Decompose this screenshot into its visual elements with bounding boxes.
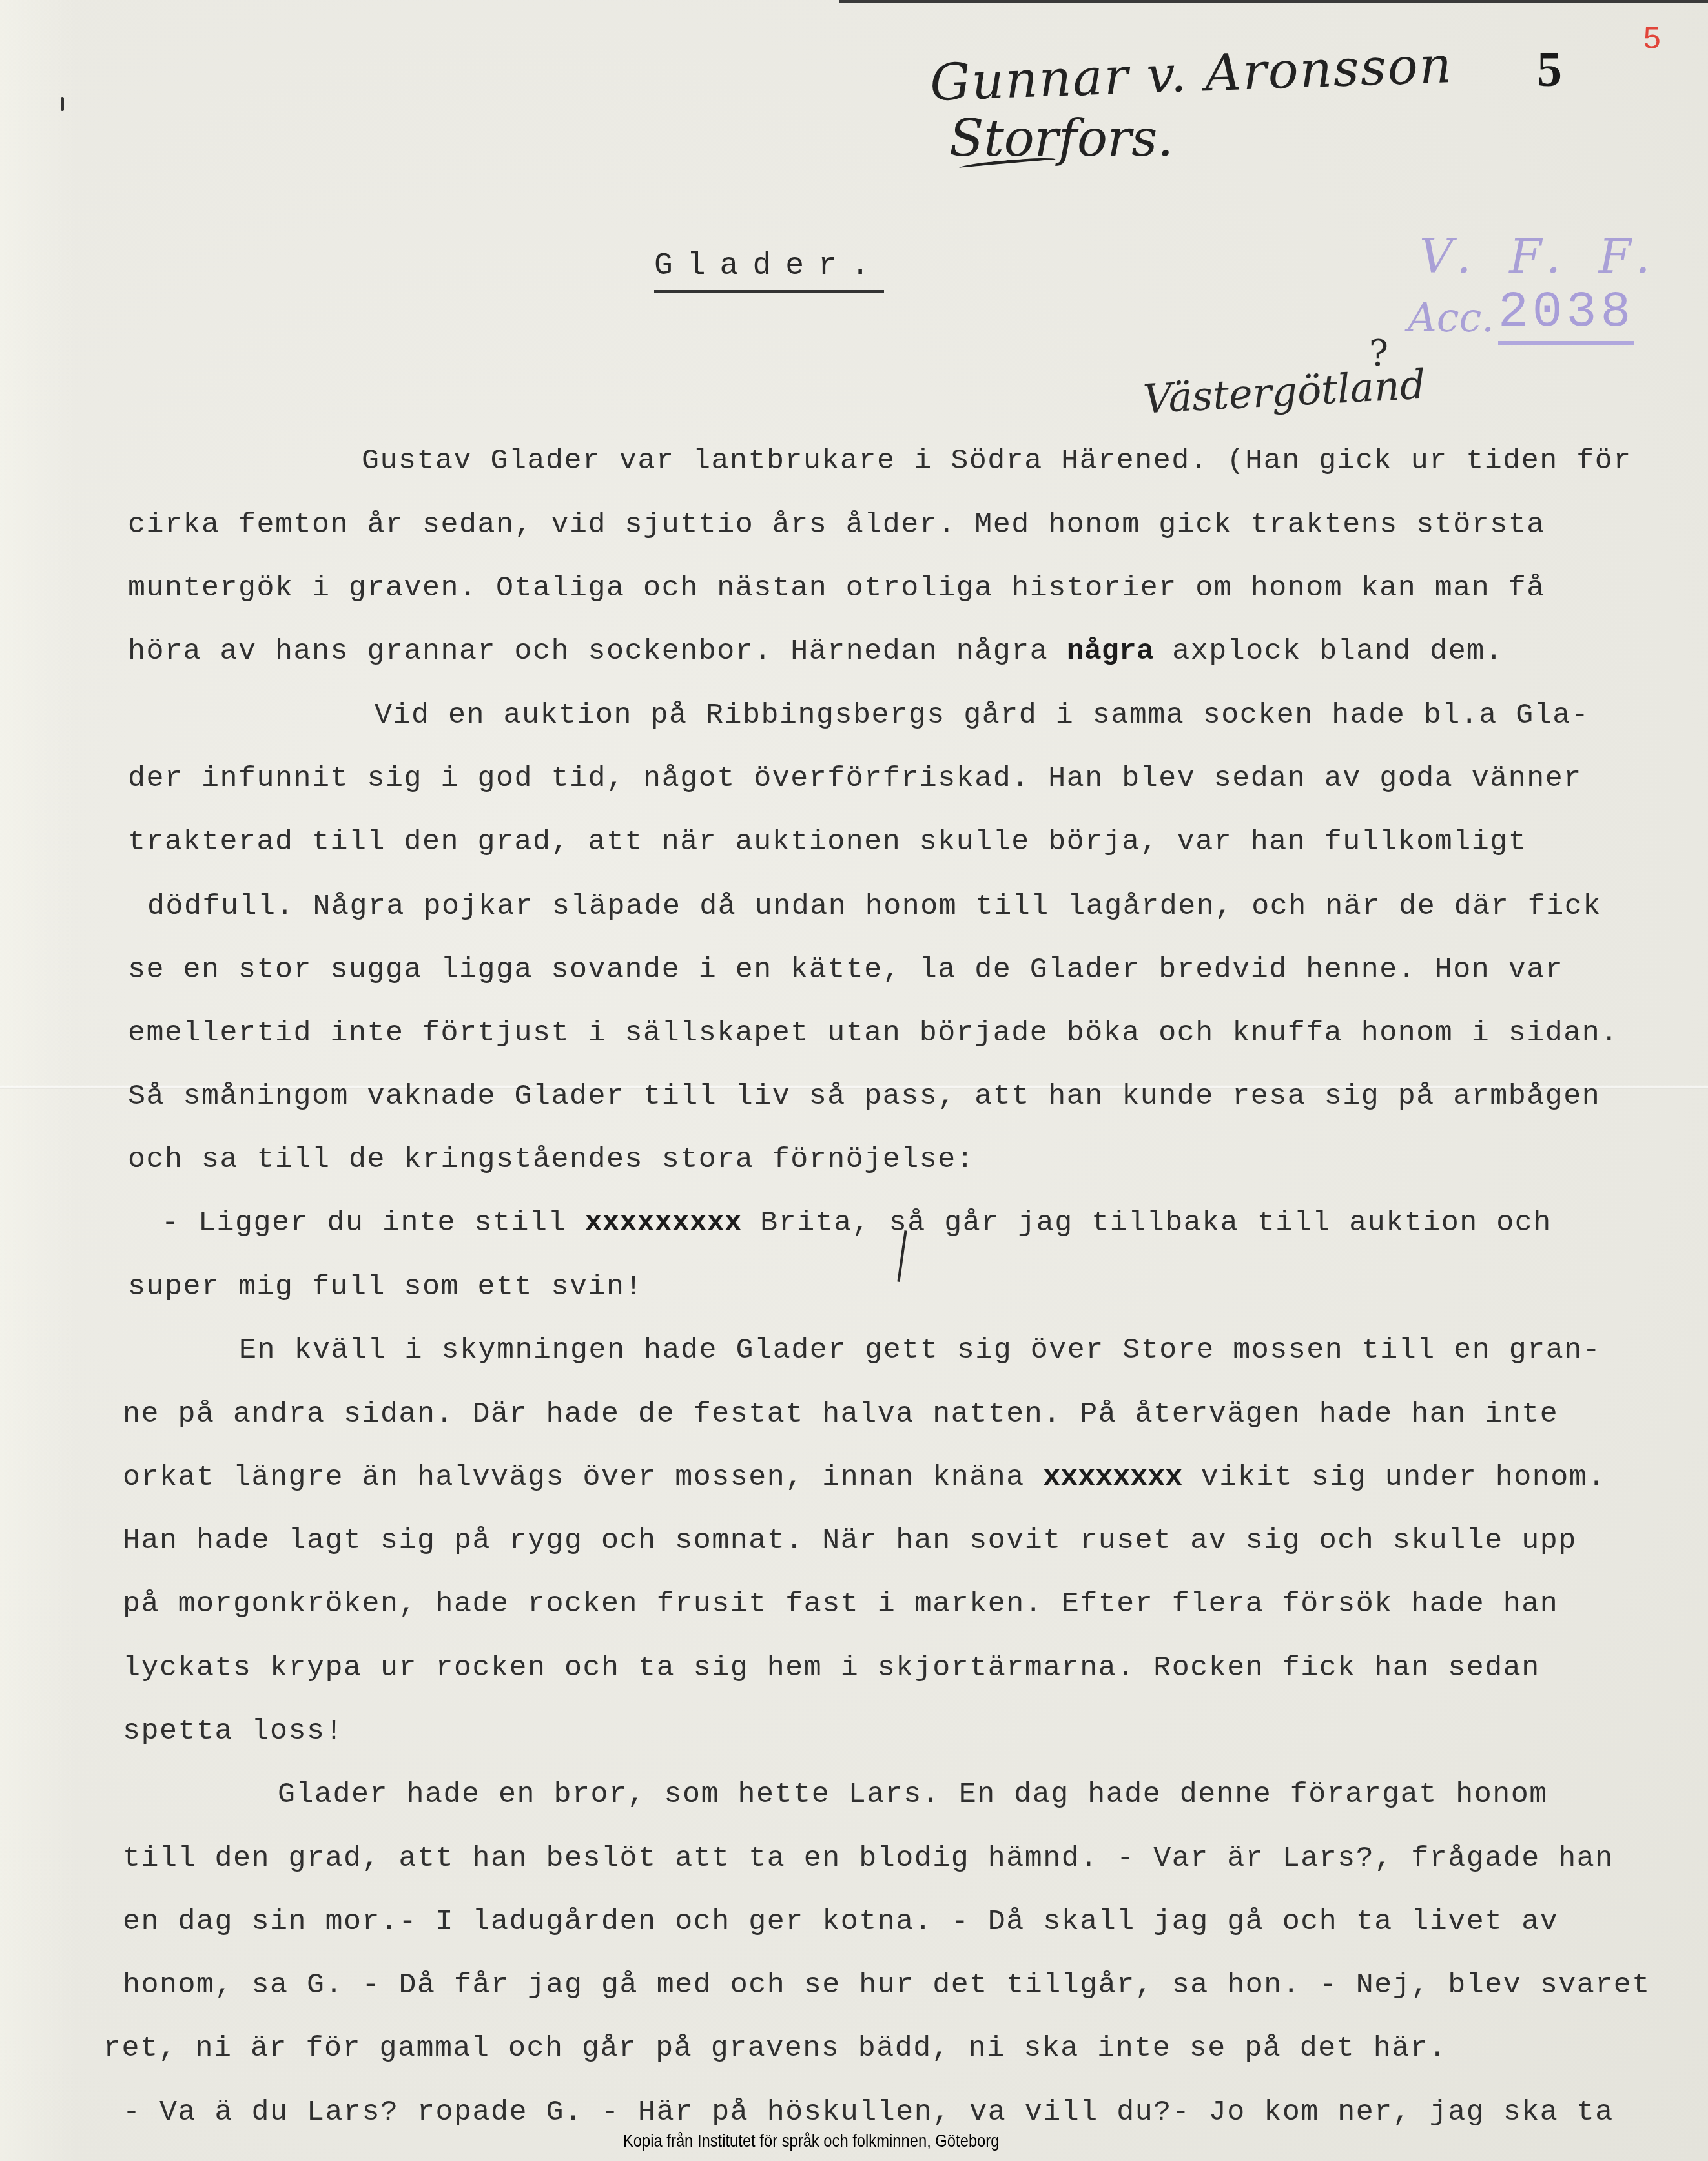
text-segment: höra av hans grannar och sockenbor. Härn… [128, 635, 1067, 668]
text-segment: Glader hade en bror, som hette Lars. En … [278, 1778, 1548, 1811]
archive-copy-caption: Kopia från Institutet för språk och folk… [623, 2131, 999, 2151]
text-line: cirka femton år sedan, vid sjuttio års å… [128, 508, 1545, 541]
text-segment: emellertid inte förtjust i sällskapet ut… [128, 1017, 1619, 1049]
text-line: orkat längre än halvvägs över mossen, in… [123, 1461, 1606, 1494]
text-segment: Vid en auktion på Ribbingsbergs gård i s… [375, 699, 1589, 732]
text-segment: Så småningom vaknade Glader till liv så … [128, 1080, 1600, 1113]
text-line: och sa till de kringståendes stora förnö… [128, 1143, 974, 1176]
text-line: Gustav Glader var lantbrukare i Södra Hä… [362, 444, 1632, 477]
text-line: En kväll i skymningen hade Glader gett s… [239, 1334, 1601, 1367]
struck-out-text: några [1067, 635, 1154, 668]
text-line: spetta loss! [123, 1715, 344, 1748]
archive-stamp-acc-label: Acc. [1408, 294, 1494, 341]
scan-top-edge [839, 0, 1708, 3]
text-line: ret, ni är för gammal och går på gravens… [103, 2032, 1447, 2065]
text-segment: muntergök i graven. Otaliga och nästan o… [128, 572, 1545, 605]
text-line: Så småningom vaknade Glader till liv så … [128, 1080, 1600, 1113]
text-segment: dödfull. Några pojkar släpade då undan h… [147, 890, 1601, 923]
text-segment: lyckats krypa ur rocken och ta sig hem i… [123, 1651, 1540, 1684]
text-segment: trakterad till den grad, att när auktion… [128, 825, 1527, 858]
text-line: der infunnit sig i god tid, något överfö… [128, 762, 1582, 795]
text-line: super mig full som ett svin! [128, 1270, 643, 1303]
archive-stamp-acc-number: 2038 [1498, 284, 1634, 345]
text-segment: se en stor sugga ligga sovande i en kätt… [128, 953, 1563, 986]
text-segment: till den grad, att han beslöt att ta en … [123, 1842, 1614, 1875]
struck-out-text: xxxxxxxxx [585, 1206, 742, 1239]
text-segment: orkat längre än halvvägs över mossen, in… [123, 1461, 1043, 1494]
text-segment: spetta loss! [123, 1715, 344, 1748]
text-line: höra av hans grannar och sockenbor. Härn… [128, 635, 1503, 668]
document-title: Glader. [654, 249, 884, 293]
text-segment: en dag sin mor.- I ladugården och ger ko… [123, 1905, 1558, 1938]
handwritten-place: Storfors. [949, 110, 1173, 168]
text-segment: - Va ä du Lars? ropade G. - Här på hösku… [123, 2096, 1614, 2129]
text-segment: Brita, så går jag tillbaka till auktion … [742, 1206, 1552, 1239]
text-segment: En kväll i skymningen hade Glader gett s… [239, 1334, 1601, 1367]
archive-stamp-vft: V. F. F. [1419, 229, 1662, 284]
text-segment: cirka femton år sedan, vid sjuttio års å… [128, 508, 1545, 541]
text-line: emellertid inte förtjust i sällskapet ut… [128, 1017, 1619, 1049]
text-line: honom, sa G. - Då får jag gå med och se … [123, 1969, 1651, 2001]
page-number: 5 [1537, 40, 1562, 98]
text-line: trakterad till den grad, att när auktion… [128, 825, 1527, 858]
text-segment: Gustav Glader var lantbrukare i Södra Hä… [362, 444, 1632, 477]
margin-mark [61, 97, 64, 111]
struck-out-text: xxxxxxxx [1043, 1461, 1182, 1494]
text-line: en dag sin mor.- I ladugården och ger ko… [123, 1905, 1558, 1938]
text-line: dödfull. Några pojkar släpade då undan h… [147, 890, 1601, 923]
text-line: Vid en auktion på Ribbingsbergs gård i s… [375, 699, 1589, 732]
text-line: Glader hade en bror, som hette Lars. En … [278, 1778, 1548, 1811]
text-line: på morgonkröken, hade rocken frusit fast… [123, 1587, 1558, 1620]
text-segment: och sa till de kringståendes stora förnö… [128, 1143, 974, 1176]
text-line: ne på andra sidan. Där hade de festat ha… [123, 1398, 1558, 1431]
text-line: muntergök i graven. Otaliga och nästan o… [128, 572, 1545, 605]
text-segment: ne på andra sidan. Där hade de festat ha… [123, 1398, 1558, 1431]
text-segment: der infunnit sig i god tid, något överfö… [128, 762, 1582, 795]
text-segment: axplock bland dem. [1154, 635, 1504, 668]
text-segment: på morgonkröken, hade rocken frusit fast… [123, 1587, 1558, 1620]
page-number-red: 5 [1643, 21, 1661, 56]
text-segment: honom, sa G. - Då får jag gå med och se … [123, 1969, 1651, 2001]
text-line: Han hade lagt sig på rygg och somnat. Nä… [123, 1524, 1577, 1557]
text-line: - Ligger du inte still xxxxxxxxx Brita, … [161, 1206, 1552, 1239]
text-line: - Va ä du Lars? ropade G. - Här på hösku… [123, 2096, 1614, 2129]
text-segment: Han hade lagt sig på rygg och somnat. Nä… [123, 1524, 1577, 1557]
text-line: lyckats krypa ur rocken och ta sig hem i… [123, 1651, 1540, 1684]
text-segment: super mig full som ett svin! [128, 1270, 643, 1303]
text-segment: ret, ni är för gammal och går på gravens… [103, 2032, 1447, 2065]
text-segment: vikit sig under honom. [1182, 1461, 1606, 1494]
text-line: till den grad, att han beslöt att ta en … [123, 1842, 1614, 1875]
text-line: se en stor sugga ligga sovande i en kätt… [128, 953, 1563, 986]
text-segment: - Ligger du inte still [161, 1206, 585, 1239]
